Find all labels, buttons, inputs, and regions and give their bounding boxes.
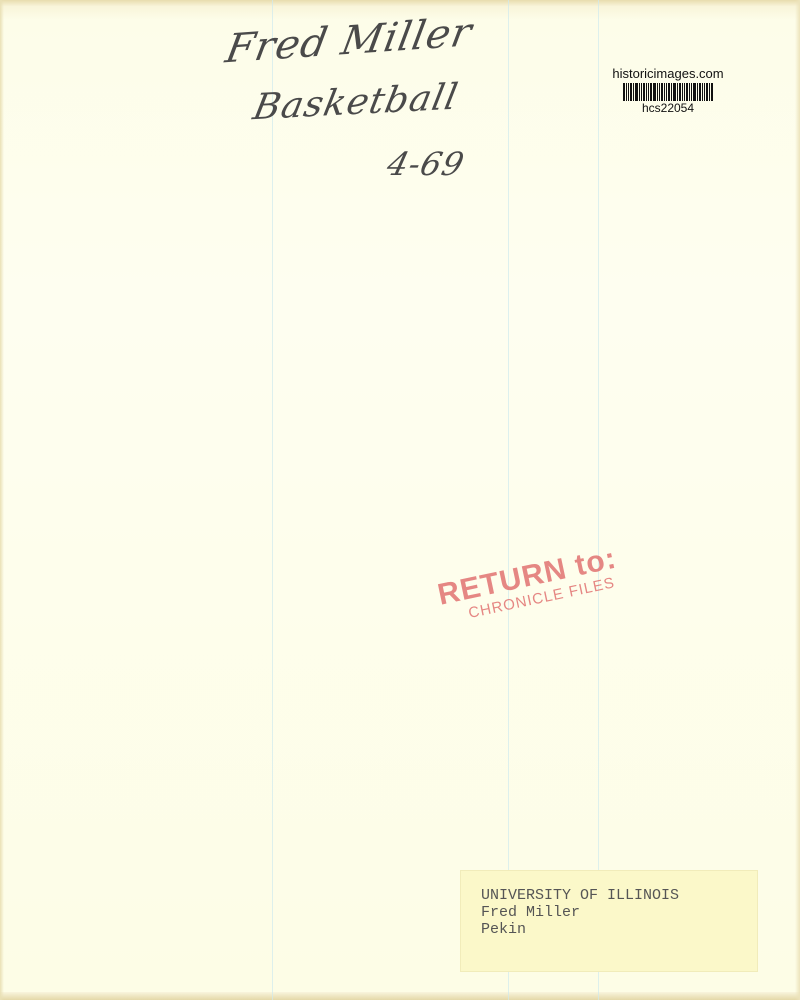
handwritten-name: Fred Miller	[222, 10, 476, 73]
handwritten-date: 4-69	[383, 145, 468, 183]
paper-edge-bottom	[0, 992, 800, 1000]
barcode-label: historicimages.com hcs22054	[604, 66, 732, 115]
barcode-site-text: historicimages.com	[604, 66, 732, 81]
paper-guide-line	[598, 0, 599, 1000]
paper-edge-top	[0, 0, 800, 6]
paper-guide-line	[272, 0, 273, 1000]
typed-label-text: UNIVERSITY OF ILLINOIS Fred Miller Pekin	[481, 887, 679, 938]
photo-back-page: Fred Miller Basketball 4-69 historicimag…	[0, 0, 800, 1000]
handwritten-sport: Basketball	[250, 77, 462, 128]
barcode-icon	[604, 83, 732, 101]
paper-edge-left	[0, 0, 4, 1000]
return-stamp: RETURN to: CHRONICLE FILES	[435, 542, 623, 628]
typed-label: UNIVERSITY OF ILLINOIS Fred Miller Pekin	[460, 870, 758, 972]
barcode-id-text: hcs22054	[604, 102, 732, 115]
paper-edge-right	[795, 0, 800, 1000]
paper-guide-line	[508, 0, 509, 1000]
